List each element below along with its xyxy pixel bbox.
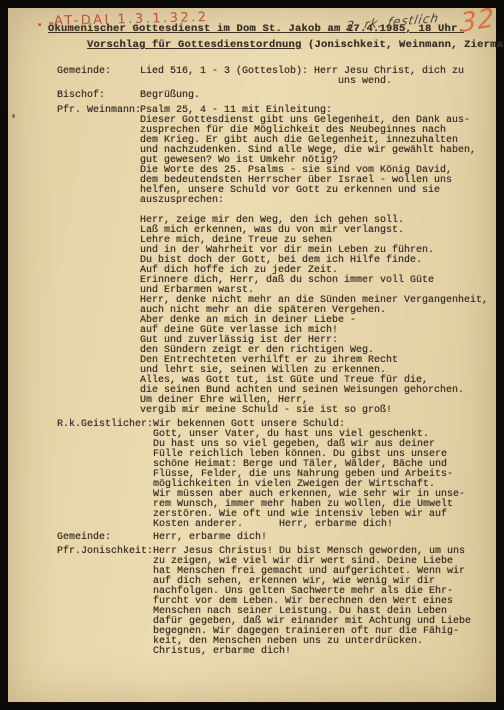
section-3: R.k.Geistlicher:Wir bekennen Gott unsere… [8,420,496,530]
speaker-label: Gemeinde: [57,533,153,543]
text-line: auszusprechen: [140,196,496,206]
text-line: Kosten anderer. Herr, erbarme dich! [153,520,496,530]
section-2: Pfr. Weinmann:Psalm 25, 4 - 11 mit Einle… [8,106,496,416]
speaker-label: Gemeinde: [57,67,140,87]
page-number-handwriting: 32 [460,3,496,39]
speaker-label: Pfr.Jonischkeit: [57,547,153,657]
section-5: Pfr.Jonischkeit:Herr Jesus Christus! Du … [8,547,496,657]
subtitle-underlined-part: Vorschlag für Gottesdienstordnung [87,39,302,51]
section-1: Bischof:Begrüßung. [8,91,496,101]
screenshot-root: { "palette": { "background": "#0b0a08", … [0,0,504,710]
section-0: Gemeinde:Lied 516, 1 - 3 (Gotteslob): He… [8,67,496,87]
document-subtitle: Vorschlag für Gottesdienstordnung (Jonis… [87,39,496,51]
speech-lines: Psalm 25, 4 - 11 mit Einleitung:Dieser G… [140,106,496,416]
paper-speck [12,114,15,118]
text-line: Herr, erbarme dich! [153,533,496,543]
speech-lines: Begrüßung. [140,91,496,101]
section-4: Gemeinde:Herr, erbarme dich! [8,533,496,543]
service-order: Gemeinde:Lied 516, 1 - 3 (Gotteslob): He… [8,67,496,657]
speech-lines: Herr Jesus Christus! Du bist Mensch gewo… [153,547,496,657]
text-line: vergib mir meine Schuld - sie ist so gro… [140,406,496,416]
speaker-label: Pfr. Weinmann: [57,106,140,416]
text-line: Begrüßung. [140,91,496,101]
speech-lines: Lied 516, 1 - 3 (Gotteslob): Herr Jesu C… [140,67,496,87]
speaker-label: R.k.Geistlicher: [57,420,153,530]
document-page: . AT-DAI 1.3.1.32.2 2. rk. festlich 32 Ö… [8,8,496,702]
speech-lines: Wir bekennen Gott unsere Schuld:Gott, un… [153,420,496,530]
text-line: uns wend. [140,77,496,87]
speaker-label: Bischof: [57,91,140,101]
subtitle-authors: (Jonischkeit, Weinmann, Ziermann) [302,39,504,51]
text-line: Christus, erbarme dich! [153,647,496,657]
speech-lines: Herr, erbarme dich! [153,533,496,543]
margin-dot-handwriting: . [37,14,42,30]
